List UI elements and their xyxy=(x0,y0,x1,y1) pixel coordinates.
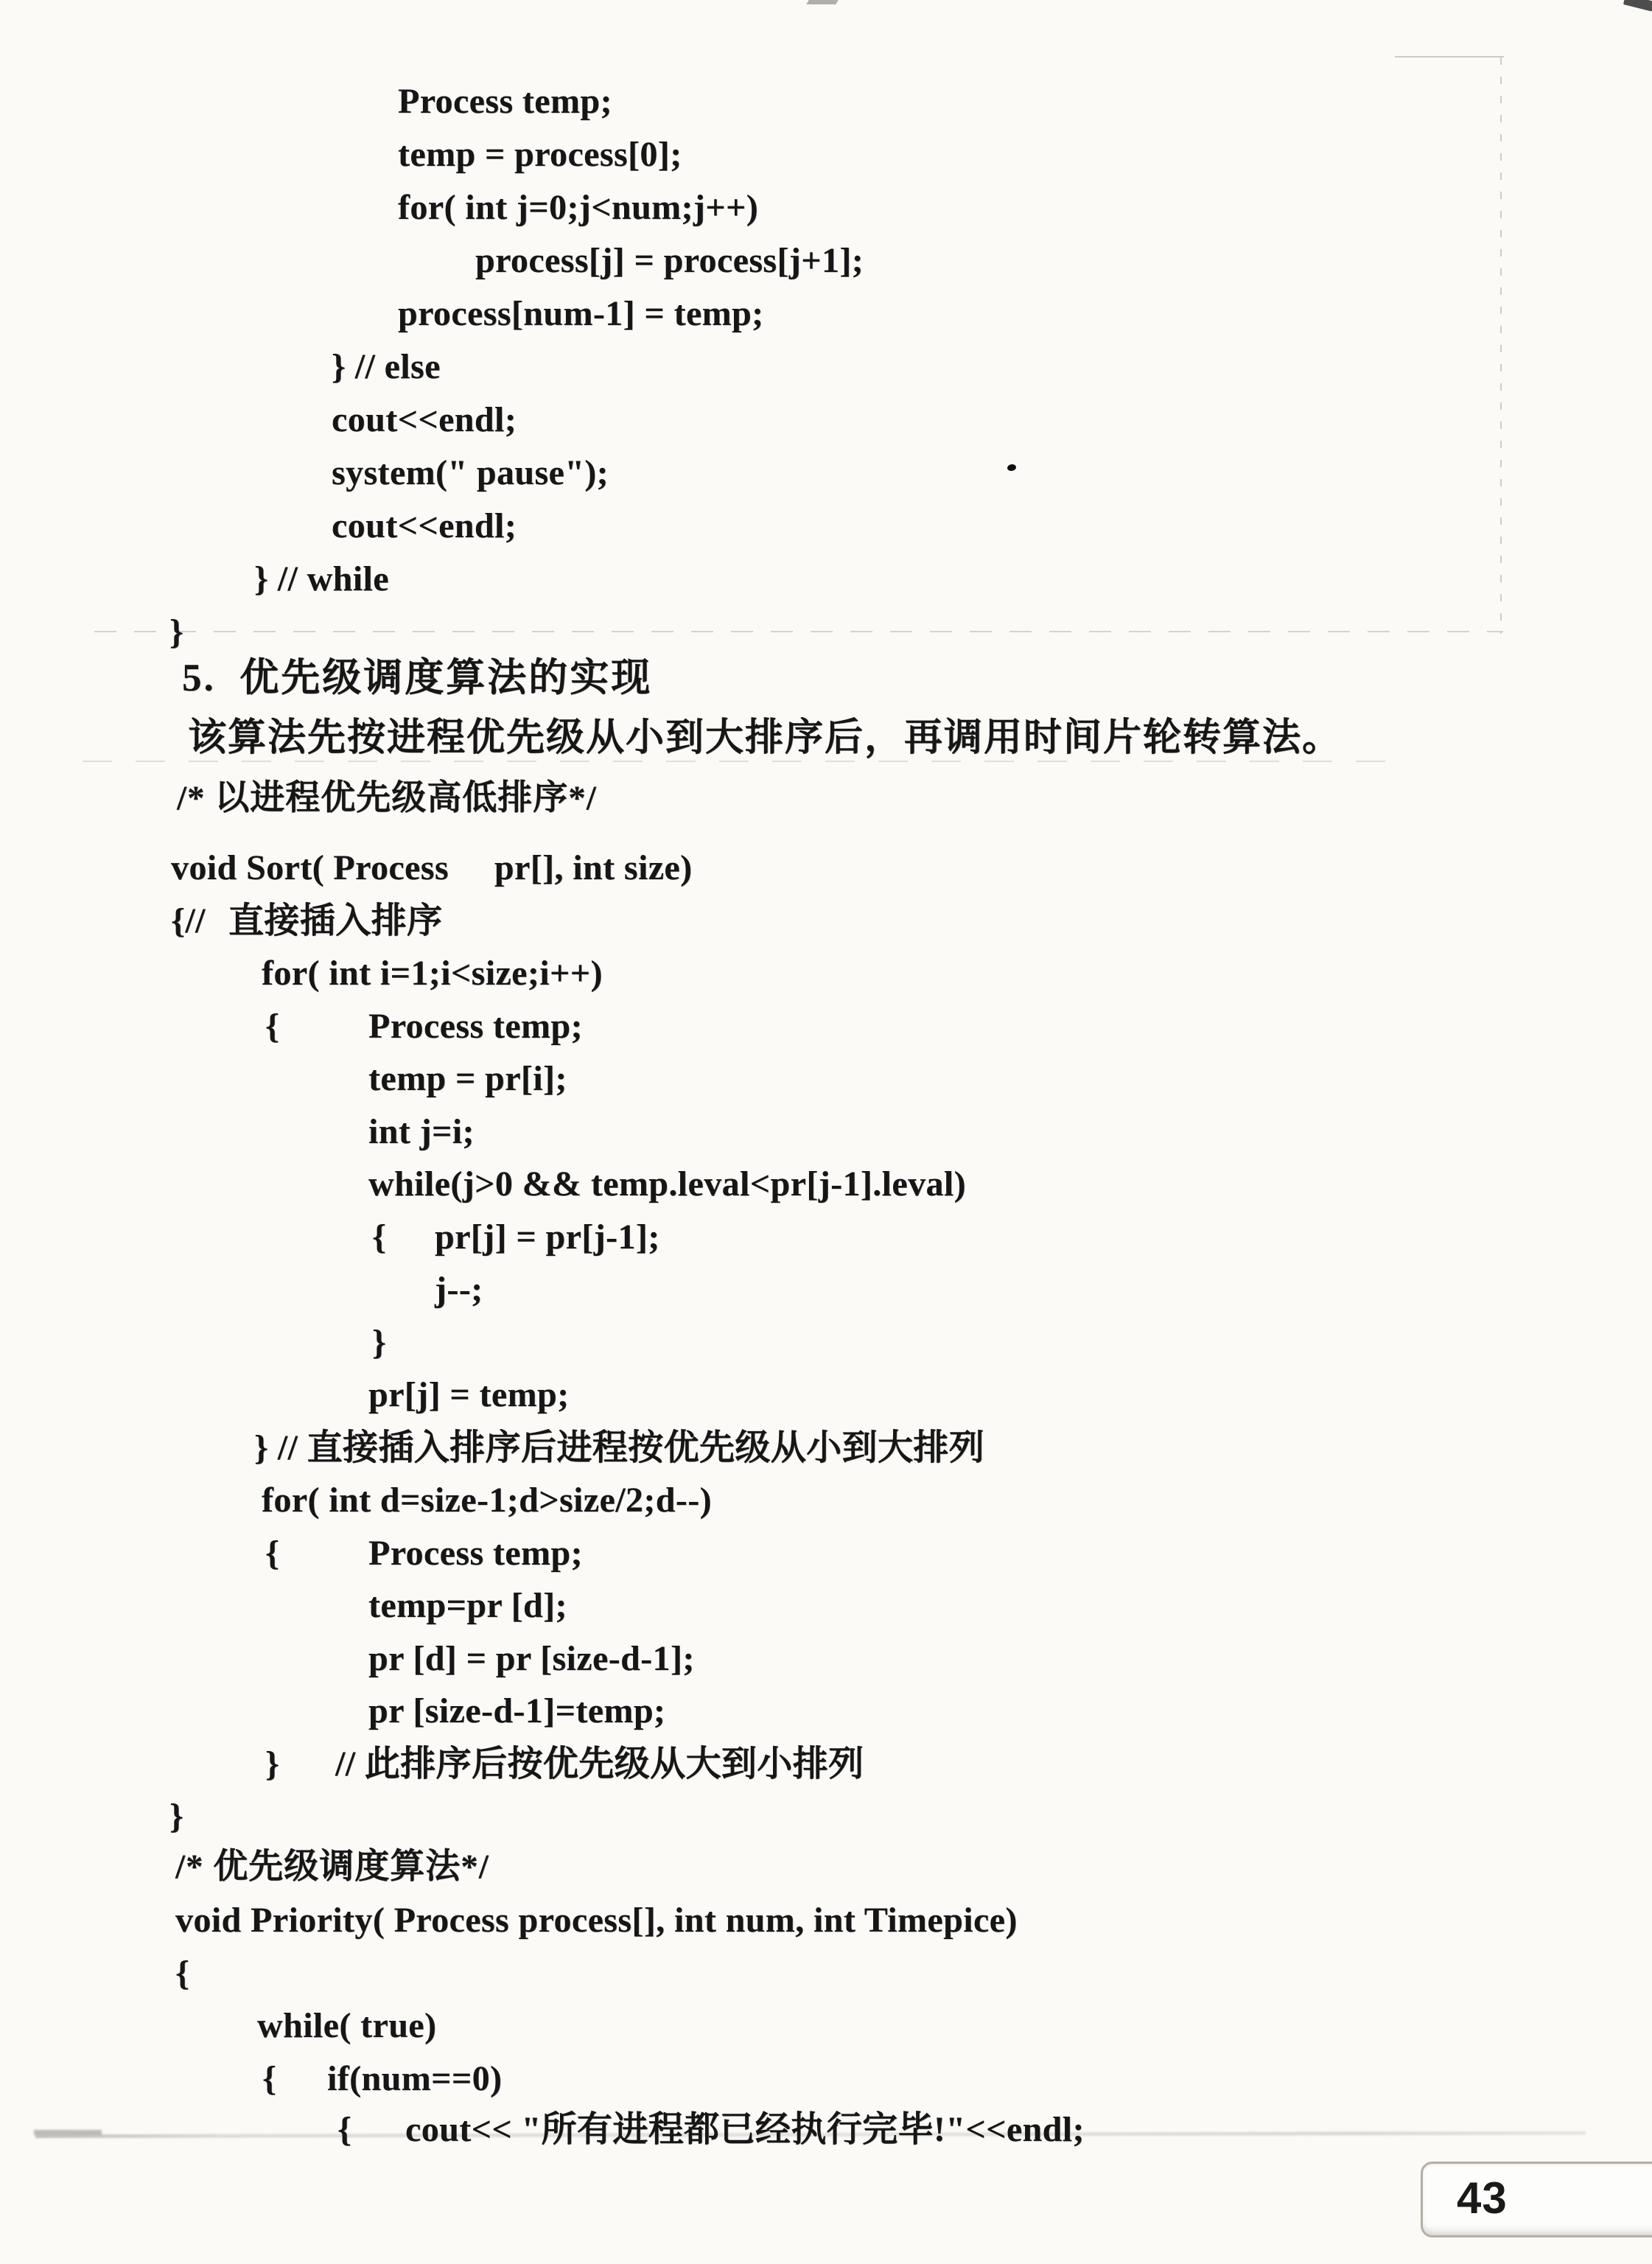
code-line: system(" pause"); xyxy=(332,453,609,493)
code-line: pr [size-d-1]=temp; xyxy=(368,1691,665,1731)
code-line: cout<<endl; xyxy=(332,506,517,546)
comment-text: // 此排序后按优先级从大到小排列 xyxy=(335,1744,864,1783)
comment-line: /* 优先级调度算法*/ xyxy=(175,1847,489,1887)
open-brace-comment: {// xyxy=(171,901,228,941)
faint-scan-line xyxy=(83,761,1401,762)
code-line: {//直接插入排序 xyxy=(171,901,442,941)
close-brace: } xyxy=(265,1744,335,1784)
pasted-image-frame-top-edge xyxy=(1395,56,1504,57)
code-line: j--; xyxy=(435,1269,483,1310)
comment-line: /* 以进程优先级高低排序*/ xyxy=(177,778,597,818)
code-line: }// 此排序后按优先级从大到小排列 xyxy=(265,1744,864,1784)
code-line: { xyxy=(175,1953,189,1994)
code-text: cout<< "所有进程都已经执行完毕!"<<endl; xyxy=(405,2110,1085,2149)
section-heading: 5. 优先级调度算法的实现 xyxy=(182,656,652,701)
code-line: process[j] = process[j+1]; xyxy=(475,240,864,281)
code-line: } xyxy=(169,1796,183,1837)
code-text: Process temp; xyxy=(368,1007,583,1046)
code-line: for( int j=0;j<num;j++) xyxy=(398,187,758,228)
page-number: 43 xyxy=(1457,2173,1508,2223)
intro-paragraph: 该算法先按进程优先级从小到大排序后，再调用时间片轮转算法。 xyxy=(188,716,1342,761)
code-line: } // while xyxy=(254,559,389,599)
scan-mark-top-center xyxy=(806,0,838,4)
code-line: pr [d] = pr [size-d-1]; xyxy=(368,1638,695,1679)
scanned-document-page: { "colors": {"paper": "#fbfaf7", "ink": … xyxy=(0,0,1652,2264)
code-line: } // else xyxy=(332,346,441,387)
code-line: pr[j] = temp; xyxy=(368,1374,569,1415)
open-brace: { xyxy=(265,1006,368,1047)
code-line: } xyxy=(372,1322,386,1363)
code-line: {if(num==0) xyxy=(262,2058,502,2099)
code-line: while( true) xyxy=(257,2005,436,2046)
code-line: void Sort( Process pr[], int size) xyxy=(171,848,693,888)
code-line: {pr[j] = pr[j-1]; xyxy=(372,1217,660,1257)
page-number-box: 43 xyxy=(1421,2162,1652,2237)
code-line: temp = pr[i]; xyxy=(368,1058,567,1099)
code-line: process[num-1] = temp; xyxy=(398,293,764,334)
open-brace: { xyxy=(372,1217,435,1257)
comment-text: 直接插入排序 xyxy=(228,901,442,940)
code-line: while(j>0 && temp.leval<pr[j-1].leval) xyxy=(368,1164,966,1204)
code-line: {Process temp; xyxy=(265,1533,583,1573)
pasted-image-frame-bottom-edge xyxy=(94,631,1503,632)
code-line: temp = process[0]; xyxy=(398,134,682,175)
code-line: for( int d=size-1;d>size/2;d--) xyxy=(262,1480,712,1520)
open-brace: { xyxy=(337,2109,405,2150)
code-line: {cout<< "所有进程都已经执行完毕!"<<endl; xyxy=(337,2109,1085,2150)
code-line: cout<<endl; xyxy=(332,399,517,440)
pasted-image-frame-right-edge xyxy=(1500,57,1502,634)
code-line: temp=pr [d]; xyxy=(368,1585,567,1626)
code-line: Process temp; xyxy=(398,81,612,122)
code-line: int j=i; xyxy=(368,1111,475,1152)
scan-mark-top-right-corner xyxy=(1623,0,1652,12)
open-brace: { xyxy=(262,2058,327,2099)
bottom-smudge-dark-tip xyxy=(34,2130,102,2135)
code-text: if(num==0) xyxy=(327,2059,502,2098)
code-text: Process temp; xyxy=(368,1534,583,1573)
ink-dot-artifact xyxy=(1007,464,1016,472)
code-text: pr[j] = pr[j-1]; xyxy=(435,1217,660,1257)
code-line: } // 直接插入排序后进程按优先级从小到大排列 xyxy=(254,1428,984,1468)
code-line: void Priority( Process process[], int nu… xyxy=(175,1900,1018,1940)
code-line: {Process temp; xyxy=(265,1006,583,1047)
code-line: for( int i=1;i<size;i++) xyxy=(262,953,603,993)
code-line: } xyxy=(169,612,183,652)
open-brace: { xyxy=(265,1533,368,1573)
